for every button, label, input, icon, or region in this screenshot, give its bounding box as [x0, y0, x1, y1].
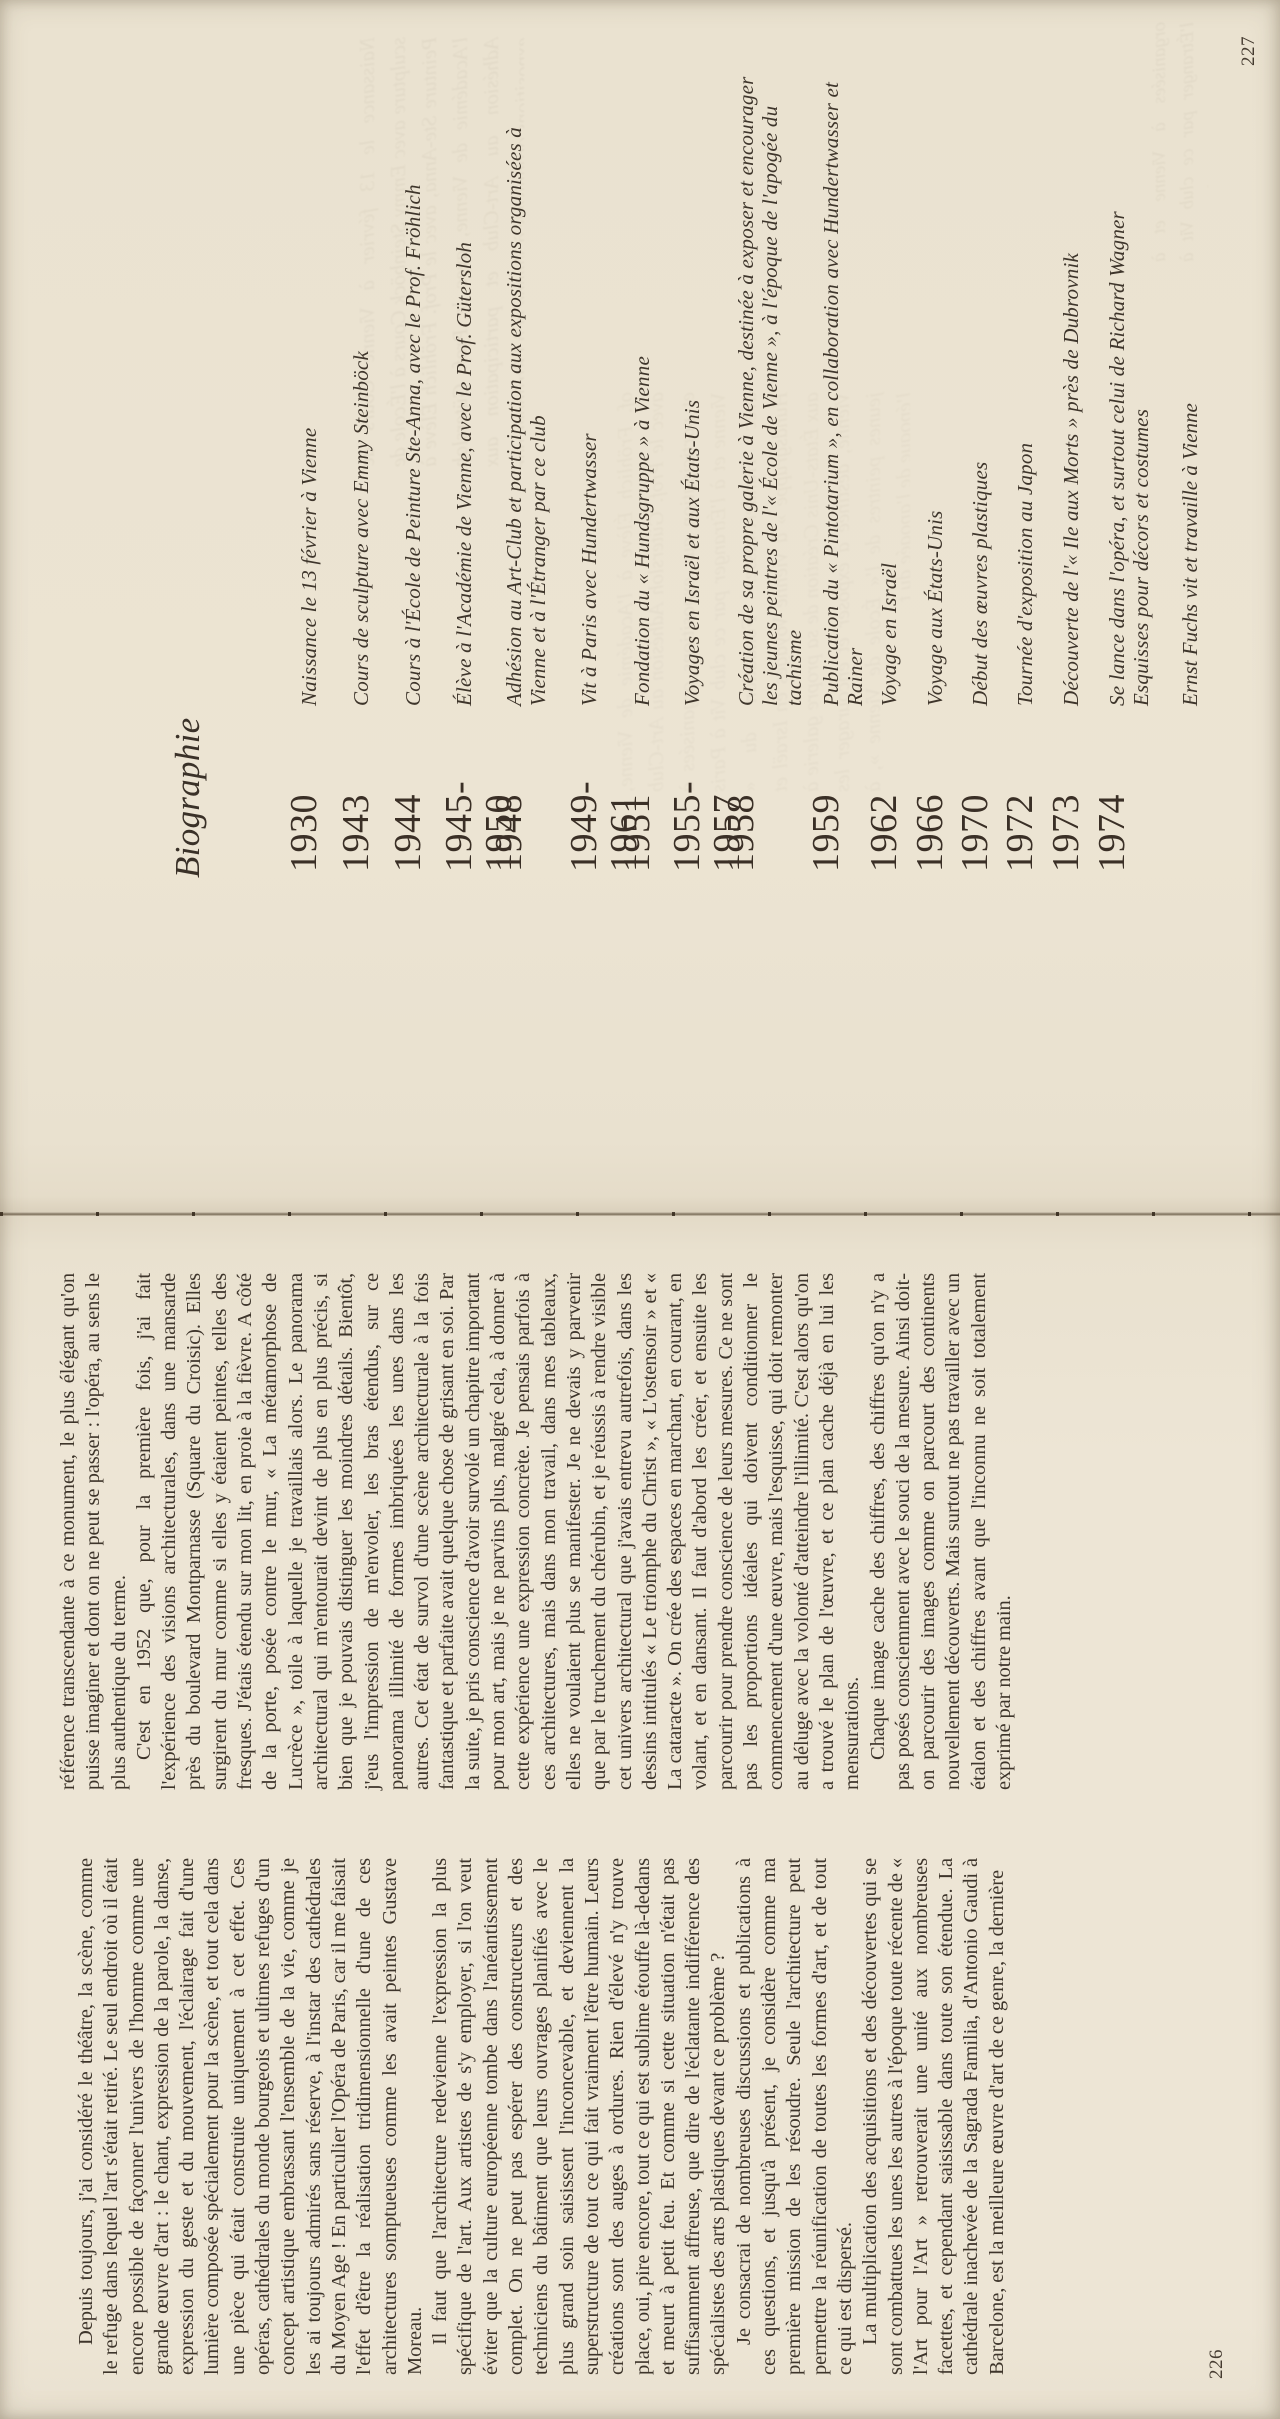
timeline-year: 1973 [1046, 706, 1086, 872]
timeline-year: 1943 [336, 706, 376, 872]
timeline-year: 1974 [1092, 706, 1132, 872]
paragraph: La multiplication des acquisitions et de… [858, 1858, 1010, 2375]
timeline-year: 1948 [489, 706, 529, 872]
timeline-year: 1959 [806, 706, 846, 872]
timeline-text: Début des œuvres plastiques [968, 462, 992, 706]
timeline-entry: 1972Tournée d'exposition au Japon [1000, 443, 1040, 872]
timeline-entry: 1974Se lance dans l'opéra, et surtout ce… [1092, 211, 1153, 872]
paragraph: Chaque image cache des chiffres, des chi… [866, 1273, 1018, 1790]
timeline-text: Se lance dans l'opéra, et surtout celui … [1105, 211, 1153, 706]
timeline-text: Cours de sculpture avec Emmy Steinböck [349, 351, 373, 706]
timeline-entry: 1959Publication du « Pintotarium », en c… [806, 82, 867, 872]
timeline-text: Élève à l'Académie de Vienne, avec le Pr… [452, 242, 476, 706]
timeline-text: Découverte de l'« Ile aux Morts » près d… [1059, 253, 1083, 706]
timeline-text: Cours à l'École de Peinture Ste-Anna, av… [401, 184, 425, 706]
timeline-entry: 1930Naissance le 13 février à Vienne [284, 428, 324, 872]
timeline-year: 1930 [284, 706, 324, 872]
page-number-right: 227 [1238, 36, 1260, 66]
timeline-year: 1972 [1000, 706, 1040, 872]
timeline-entry: 1962Voyage en Israël [864, 563, 904, 872]
timeline-entry: 1948Adhésion au Art-Club et participatio… [489, 127, 550, 872]
page-227: Naissance le 13 février à Vienne Cours d… [0, 0, 1280, 1212]
page-number-left: 226 [1206, 2349, 1228, 2379]
timeline-text: Voyage aux États-Unis [923, 511, 947, 707]
timeline-text: Publication du « Pintotarium », en colla… [819, 82, 867, 706]
paragraph: Je consacrai de nombreuses discussions e… [732, 1858, 858, 2375]
paragraph: référence transcendante à ce monument, l… [56, 1273, 132, 1790]
timeline-text: Vit à Paris avec Hundertwasser [577, 433, 601, 706]
timeline-year: 1962 [864, 706, 904, 872]
timeline-text: Voyage en Israël [877, 563, 901, 706]
timeline-entry: 1966Voyage aux États-Unis [910, 511, 950, 873]
closing-line: Ernst Fuchs vit et travaille à Vienne [1178, 403, 1203, 706]
text-column-2: référence transcendante à ce monument, l… [56, 1273, 1017, 1790]
book-fold [0, 1212, 1280, 1216]
timeline-entry: 1951Fondation du « Hundsgruppe » à Vienn… [617, 356, 657, 872]
timeline-text: Fondation du « Hundsgruppe » à Vienne [630, 356, 654, 706]
timeline-text: Tournée d'exposition au Japon [1013, 443, 1037, 706]
timeline-year: 1958 [721, 706, 761, 872]
timeline-text: Naissance le 13 février à Vienne [297, 428, 321, 706]
book-scan: Depuis toujours, j'ai considéré le théât… [0, 0, 1280, 2419]
paragraph: C'est en 1952 que, pour la première fois… [132, 1273, 866, 1790]
timeline-text: Voyages en Israël et aux États-Unis [680, 400, 704, 706]
timeline-year: 1951 [617, 706, 657, 872]
timeline-year: 1970 [955, 706, 995, 872]
timeline-entry: 1970Début des œuvres plastiques [955, 462, 995, 872]
paragraph: Il faut que l'architecture redevienne l'… [428, 1858, 732, 2375]
timeline-entry: 1944Cours à l'École de Peinture Ste-Anna… [388, 184, 428, 872]
timeline-entry: 1943Cours de sculpture avec Emmy Steinbö… [336, 351, 376, 872]
biography-timeline: 1930Naissance le 13 février à Vienne1943… [0, 0, 1280, 1212]
book-spread: Depuis toujours, j'ai considéré le théât… [0, 0, 1280, 2419]
timeline-text: Adhésion au Art-Club et participation au… [502, 127, 550, 706]
page-226: Depuis toujours, j'ai considéré le théât… [0, 1215, 1280, 2419]
text-column-1: Depuis toujours, j'ai considéré le théât… [74, 1858, 1010, 2375]
paragraph: Depuis toujours, j'ai considéré le théât… [74, 1858, 428, 2375]
timeline-entry: 1973Découverte de l'« Ile aux Morts » pr… [1046, 253, 1086, 872]
timeline-entry: 1958Création de sa propre galerie à Vien… [721, 77, 806, 872]
timeline-year: 1966 [910, 706, 950, 872]
timeline-text: Création de sa propre galerie à Vienne, … [734, 77, 806, 706]
timeline-year: 1944 [388, 706, 428, 872]
